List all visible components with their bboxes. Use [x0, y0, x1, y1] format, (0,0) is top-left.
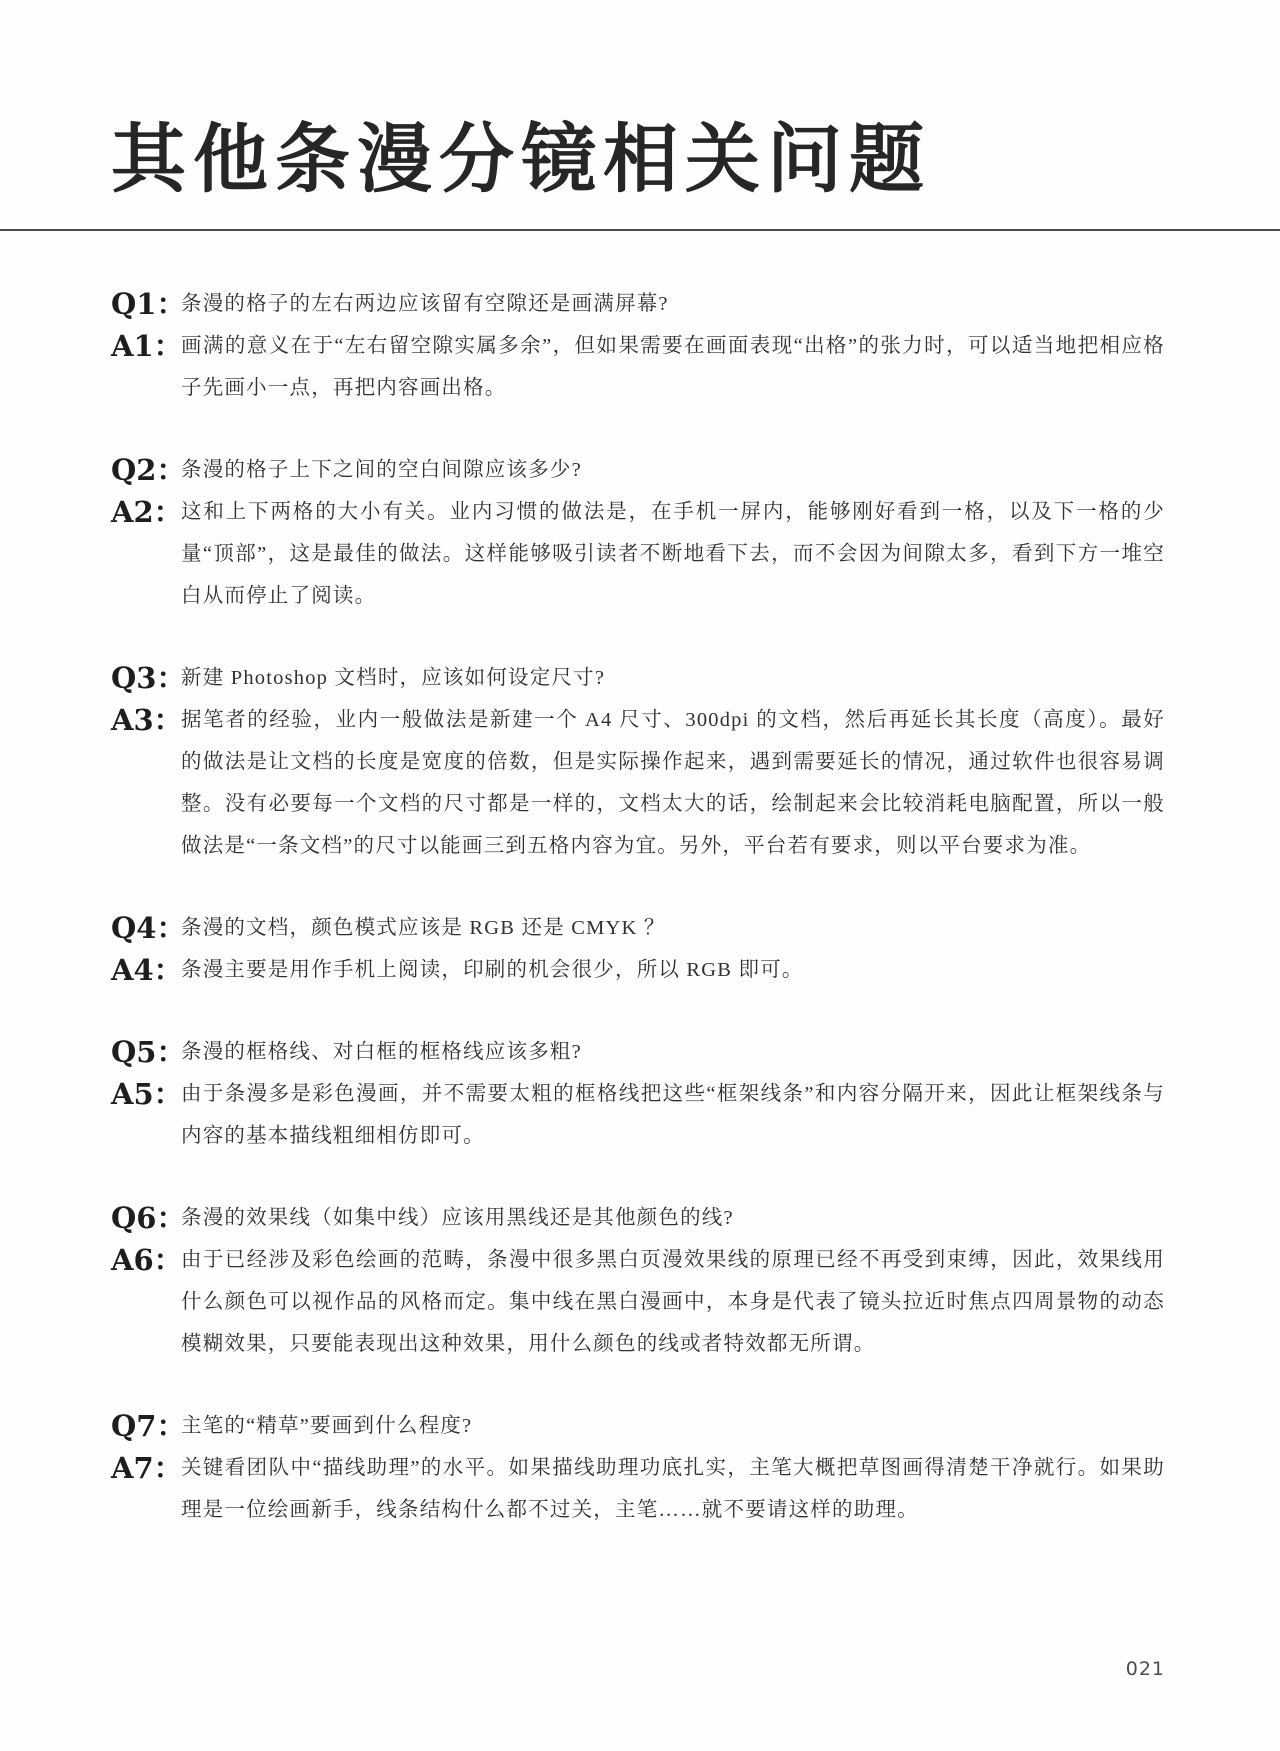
qa-block-6: Q6： 条漫的效果线（如集中线）应该用黑线还是其他颜色的线? A6： 由于已经涉… — [111, 1197, 1165, 1365]
answer-text: 由于条漫多是彩色漫画，并不需要太粗的框格线把这些“框架线条”和内容分隔开来，因此… — [181, 1073, 1165, 1157]
question-row: Q5： 条漫的框格线、对白框的框格线应该多粗? — [111, 1031, 1165, 1073]
answer-text: 据笔者的经验，业内一般做法是新建一个 A4 尺寸、300dpi 的文档，然后再延… — [181, 699, 1165, 867]
answer-row: A4： 条漫主要是用作手机上阅读，印刷的机会很少，所以 RGB 即可。 — [111, 949, 1165, 991]
question-label: Q5： — [111, 1031, 181, 1073]
question-label: Q6： — [111, 1197, 181, 1239]
question-text: 条漫的框格线、对白框的框格线应该多粗? — [181, 1031, 1165, 1073]
answer-row: A2： 这和上下两格的大小有关。业内习惯的做法是，在手机一屏内，能够刚好看到一格… — [111, 491, 1165, 617]
question-row: Q1： 条漫的格子的左右两边应该留有空隙还是画满屏幕? — [111, 283, 1165, 325]
answer-label: A5： — [111, 1073, 181, 1115]
answer-text: 由于已经涉及彩色绘画的范畴，条漫中很多黑白页漫效果线的原理已经不再受到束缚，因此… — [181, 1239, 1165, 1365]
question-text: 条漫的格子上下之间的空白间隙应该多少? — [181, 449, 1165, 491]
answer-label: A3： — [111, 699, 181, 741]
question-row: Q4： 条漫的文档，颜色模式应该是 RGB 还是 CMYK ？ — [111, 907, 1165, 949]
page-number: 021 — [1126, 1658, 1165, 1680]
question-text: 主笔的“精草”要画到什么程度? — [181, 1405, 1165, 1447]
answer-label: A6： — [111, 1239, 181, 1281]
answer-row: A1： 画满的意义在于“左右留空隙实属多余”，但如果需要在画面表现“出格”的张力… — [111, 325, 1165, 409]
answer-label: A4： — [111, 949, 181, 991]
answer-label: A7： — [111, 1447, 181, 1489]
qa-list: Q1： 条漫的格子的左右两边应该留有空隙还是画满屏幕? A1： 画满的意义在于“… — [0, 231, 1280, 1531]
answer-text: 这和上下两格的大小有关。业内习惯的做法是，在手机一屏内，能够刚好看到一格，以及下… — [181, 491, 1165, 617]
qa-block-3: Q3： 新建 Photoshop 文档时，应该如何设定尺寸? A3： 据笔者的经… — [111, 657, 1165, 867]
page-title: 其他条漫分镜相关问题 — [0, 0, 1280, 201]
answer-row: A6： 由于已经涉及彩色绘画的范畴，条漫中很多黑白页漫效果线的原理已经不再受到束… — [111, 1239, 1165, 1365]
book-page: 其他条漫分镜相关问题 Q1： 条漫的格子的左右两边应该留有空隙还是画满屏幕? A… — [0, 0, 1280, 1751]
answer-row: A7： 关键看团队中“描线助理”的水平。如果描线助理功底扎实，主笔大概把草图画得… — [111, 1447, 1165, 1531]
question-text: 条漫的格子的左右两边应该留有空隙还是画满屏幕? — [181, 283, 1165, 325]
qa-block-2: Q2： 条漫的格子上下之间的空白间隙应该多少? A2： 这和上下两格的大小有关。… — [111, 449, 1165, 617]
answer-text: 关键看团队中“描线助理”的水平。如果描线助理功底扎实，主笔大概把草图画得清楚干净… — [181, 1447, 1165, 1531]
qa-block-7: Q7： 主笔的“精草”要画到什么程度? A7： 关键看团队中“描线助理”的水平。… — [111, 1405, 1165, 1531]
question-text: 条漫的文档，颜色模式应该是 RGB 还是 CMYK ？ — [181, 907, 1165, 949]
question-label: Q2： — [111, 449, 181, 491]
answer-label: A2： — [111, 491, 181, 533]
question-row: Q2： 条漫的格子上下之间的空白间隙应该多少? — [111, 449, 1165, 491]
question-text: 新建 Photoshop 文档时，应该如何设定尺寸? — [181, 657, 1165, 699]
question-row: Q6： 条漫的效果线（如集中线）应该用黑线还是其他颜色的线? — [111, 1197, 1165, 1239]
qa-block-5: Q5： 条漫的框格线、对白框的框格线应该多粗? A5： 由于条漫多是彩色漫画，并… — [111, 1031, 1165, 1157]
question-text: 条漫的效果线（如集中线）应该用黑线还是其他颜色的线? — [181, 1197, 1165, 1239]
question-label: Q1： — [111, 283, 181, 325]
qa-block-1: Q1： 条漫的格子的左右两边应该留有空隙还是画满屏幕? A1： 画满的意义在于“… — [111, 283, 1165, 409]
answer-row: A5： 由于条漫多是彩色漫画，并不需要太粗的框格线把这些“框架线条”和内容分隔开… — [111, 1073, 1165, 1157]
question-label: Q7： — [111, 1405, 181, 1447]
answer-label: A1： — [111, 325, 181, 367]
question-row: Q3： 新建 Photoshop 文档时，应该如何设定尺寸? — [111, 657, 1165, 699]
answer-text: 条漫主要是用作手机上阅读，印刷的机会很少，所以 RGB 即可。 — [181, 949, 1165, 991]
question-row: Q7： 主笔的“精草”要画到什么程度? — [111, 1405, 1165, 1447]
answer-row: A3： 据笔者的经验，业内一般做法是新建一个 A4 尺寸、300dpi 的文档，… — [111, 699, 1165, 867]
question-label: Q4： — [111, 907, 181, 949]
answer-text: 画满的意义在于“左右留空隙实属多余”，但如果需要在画面表现“出格”的张力时，可以… — [181, 325, 1165, 409]
qa-block-4: Q4： 条漫的文档，颜色模式应该是 RGB 还是 CMYK ？ A4： 条漫主要… — [111, 907, 1165, 991]
question-label: Q3： — [111, 657, 181, 699]
